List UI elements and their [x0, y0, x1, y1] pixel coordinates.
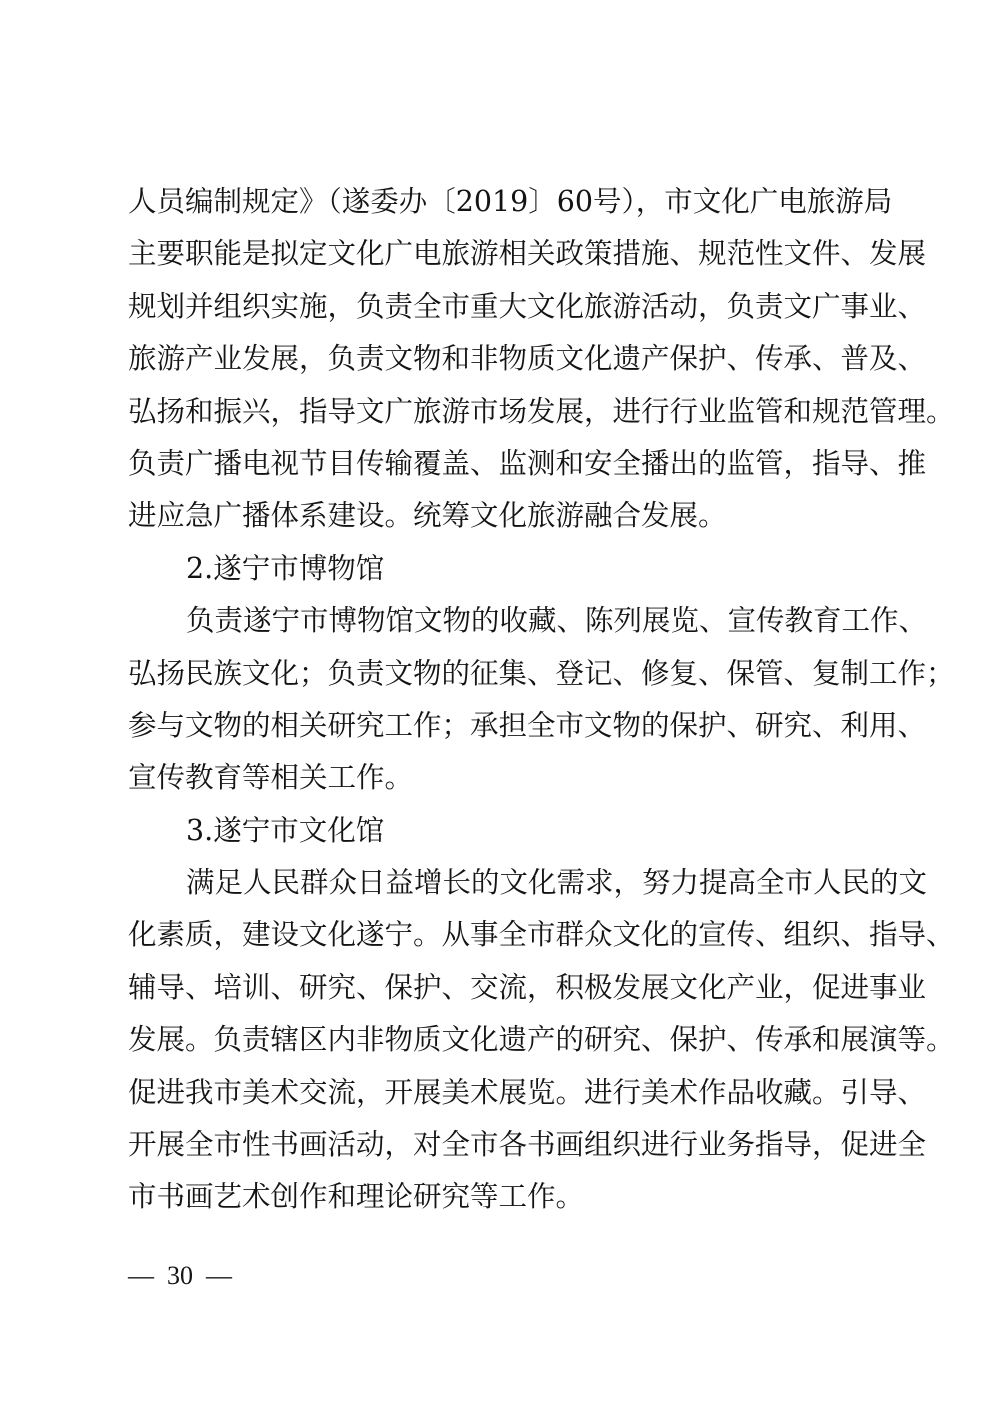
document-page: 人员编制规定》（遂委办〔2019〕60号），市文化广电旅游局 主要职能是拟定文化… [0, 0, 992, 1403]
text-line: 辅导、培训、研究、保护、交流，积极发展文化产业，促进事业 [128, 962, 868, 1014]
page-number: — 30 — [128, 1256, 232, 1296]
paragraph-bureau-functions: 人员编制规定》（遂委办〔2019〕60号），市文化广电旅游局 主要职能是拟定文化… [128, 176, 868, 543]
text-line: 参与文物的相关研究工作；承担全市文物的保护、研究、利用、 [128, 700, 868, 752]
text-line: 负责广播电视节目传输覆盖、监测和安全播出的监管，指导、推 [128, 438, 868, 490]
heading-text: 3.遂宁市文化馆 [128, 805, 868, 857]
text-line: 弘扬和振兴，指导文广旅游市场发展，进行行业监管和规范管理。 [128, 386, 868, 438]
text-line: 规划并组织实施，负责全市重大文化旅游活动，负责文广事业、 [128, 281, 868, 333]
text-line: 主要职能是拟定文化广电旅游相关政策措施、规范性文件、发展 [128, 228, 868, 280]
body-text: 人员编制规定》（遂委办〔2019〕60号），市文化广电旅游局 主要职能是拟定文化… [128, 176, 868, 1224]
section-heading-cultural-center: 3.遂宁市文化馆 [128, 805, 868, 857]
text-line: 人员编制规定》（遂委办〔2019〕60号），市文化广电旅游局 [128, 176, 868, 228]
text-line: 市书画艺术创作和理论研究等工作。 [128, 1171, 868, 1223]
text-line: 化素质，建设文化遂宁。从事全市群众文化的宣传、组织、指导、 [128, 909, 868, 961]
text-line: 发展。负责辖区内非物质文化遗产的研究、保护、传承和展演等。 [128, 1014, 868, 1066]
text-line: 负责遂宁市博物馆文物的收藏、陈列展览、宣传教育工作、 [128, 595, 868, 647]
section-heading-museum: 2.遂宁市博物馆 [128, 543, 868, 595]
text-line: 开展全市性书画活动，对全市各书画组织进行业务指导，促进全 [128, 1119, 868, 1171]
text-line: 旅游产业发展，负责文物和非物质文化遗产保护、传承、普及、 [128, 333, 868, 385]
text-line: 弘扬民族文化；负责文物的征集、登记、修复、保管、复制工作； [128, 648, 868, 700]
text-line: 宣传教育等相关工作。 [128, 752, 868, 804]
text-line: 进应急广播体系建设。统筹文化旅游融合发展。 [128, 490, 868, 542]
text-line: 满足人民群众日益增长的文化需求，努力提高全市人民的文 [128, 857, 868, 909]
text-line: 促进我市美术交流，开展美术展览。进行美术作品收藏。引导、 [128, 1067, 868, 1119]
paragraph-museum-functions: 负责遂宁市博物馆文物的收藏、陈列展览、宣传教育工作、 弘扬民族文化；负责文物的征… [128, 595, 868, 805]
heading-text: 2.遂宁市博物馆 [128, 543, 868, 595]
paragraph-cultural-center-functions: 满足人民群众日益增长的文化需求，努力提高全市人民的文 化素质，建设文化遂宁。从事… [128, 857, 868, 1224]
